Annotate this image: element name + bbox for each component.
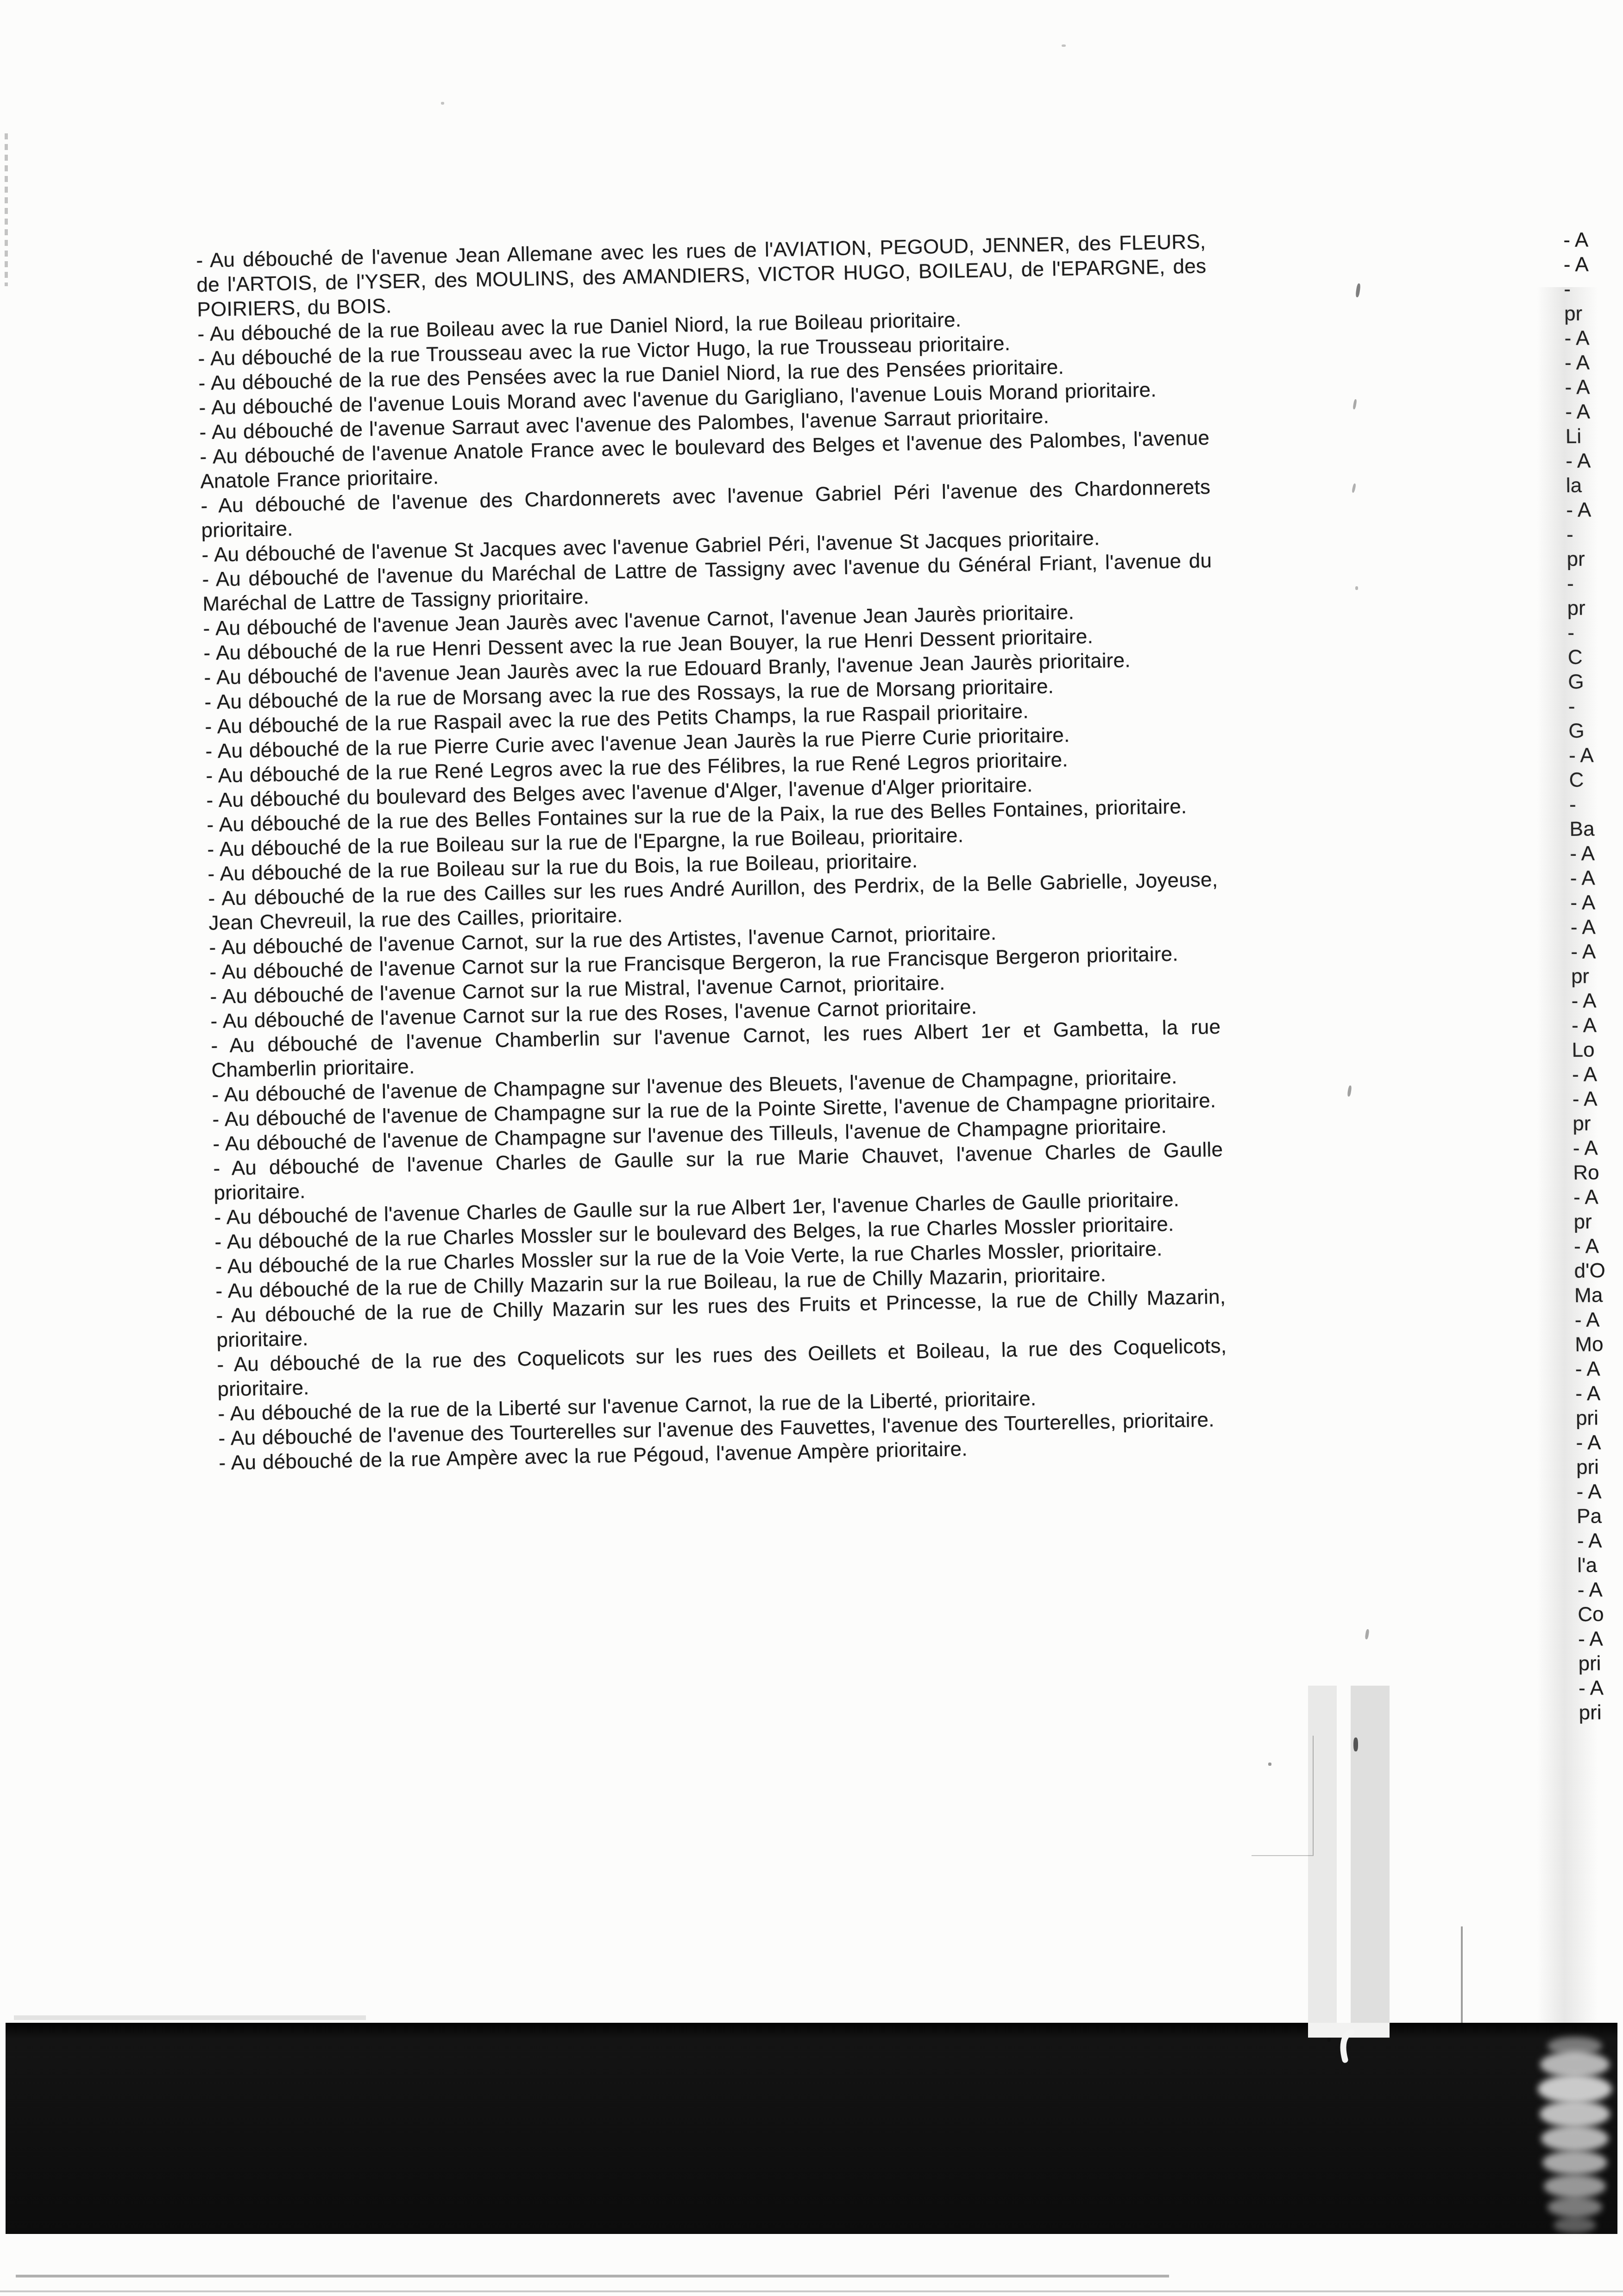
decree-text: - Au débouché de l'avenue Jean Allemane … — [196, 229, 1229, 1475]
binding-hole — [1544, 2175, 1606, 2198]
adjacent-page-line-fragment: - A — [1564, 251, 1623, 277]
binding-hole — [1548, 2197, 1602, 2217]
scan-speck — [1268, 1763, 1271, 1766]
scan-speck — [1355, 283, 1361, 298]
adjacent-page-line-fragment: - A — [1563, 227, 1623, 253]
scanner-black-band — [6, 2023, 1617, 2234]
scan-speck — [1327, 2038, 1331, 2042]
scan-speck — [1365, 1629, 1369, 1640]
scanned-page: - Au débouché de l'avenue Jean Allemane … — [0, 0, 1623, 2296]
scan-speck — [1347, 1085, 1352, 1097]
scan-speck — [1352, 399, 1357, 410]
binding-hole — [1538, 2075, 1612, 2103]
scan-speck — [1062, 44, 1066, 47]
bottom-edge-line — [0, 2290, 1623, 2292]
scan-speck — [1353, 1738, 1358, 1751]
binding-holes — [1538, 2034, 1612, 2238]
page-gutter-shadow — [1537, 287, 1598, 2023]
binding-hole — [1542, 2151, 1607, 2175]
bottom-scan-line — [16, 2275, 1169, 2277]
scan-edge-dashes — [5, 133, 8, 286]
scan-speck — [1352, 483, 1356, 493]
band-top-strip — [14, 2015, 366, 2020]
page-edge-line — [1461, 1926, 1463, 2024]
binding-hole — [1541, 2126, 1609, 2152]
binding-hole — [1540, 2051, 1610, 2077]
scan-speck — [1355, 586, 1358, 590]
binding-hole — [1540, 2101, 1610, 2127]
binding-hole — [1554, 2217, 1596, 2233]
scan-speck — [441, 102, 444, 105]
pencil-corner-line — [1252, 1736, 1314, 1856]
